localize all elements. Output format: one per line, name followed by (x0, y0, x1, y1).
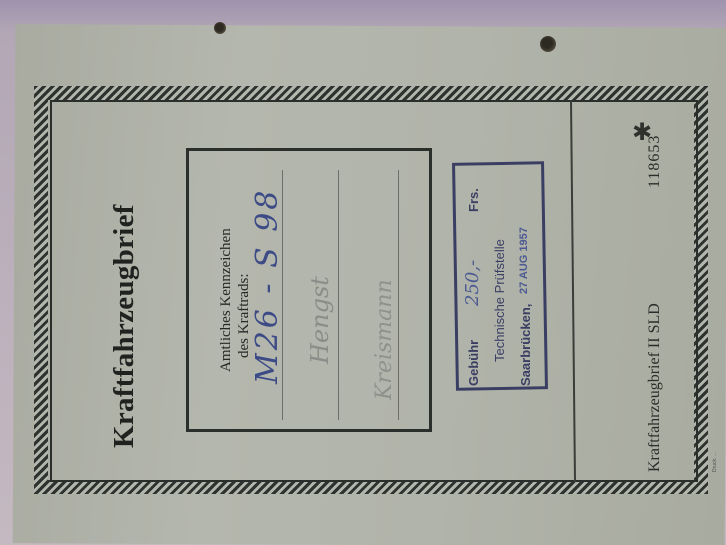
punch-hole-left (214, 22, 226, 34)
pencil-note-2: Kreismann (372, 279, 397, 400)
stamp-office: Technische Prüfstelle (492, 239, 507, 362)
form-name: Kraftfahrzeugbrief II SLD (646, 303, 664, 472)
punch-hole-right (540, 36, 556, 52)
stamp-city: Saarbrücken, (518, 304, 533, 386)
writing-line (282, 170, 283, 420)
plate-label-line1: Amtliches Kennzeichen (218, 228, 235, 372)
star-icon: ✱ (632, 118, 652, 146)
plate-number-handwritten: M26 - S 98 (250, 188, 285, 384)
stamp-fee-unit: Frs. (466, 188, 481, 212)
writing-line (338, 170, 339, 420)
document-title: Kraftfahrzeugbrief (108, 204, 141, 448)
stamp-fee-value: 250,- (462, 260, 483, 306)
stamp-fee-label: Gebühr (466, 340, 481, 386)
printer-imprint: Druck: ... (712, 452, 718, 472)
stamp-date: 27 AUG 1957 (518, 227, 530, 294)
pencil-note-1: Hengst (306, 276, 334, 364)
writing-line (398, 170, 399, 420)
